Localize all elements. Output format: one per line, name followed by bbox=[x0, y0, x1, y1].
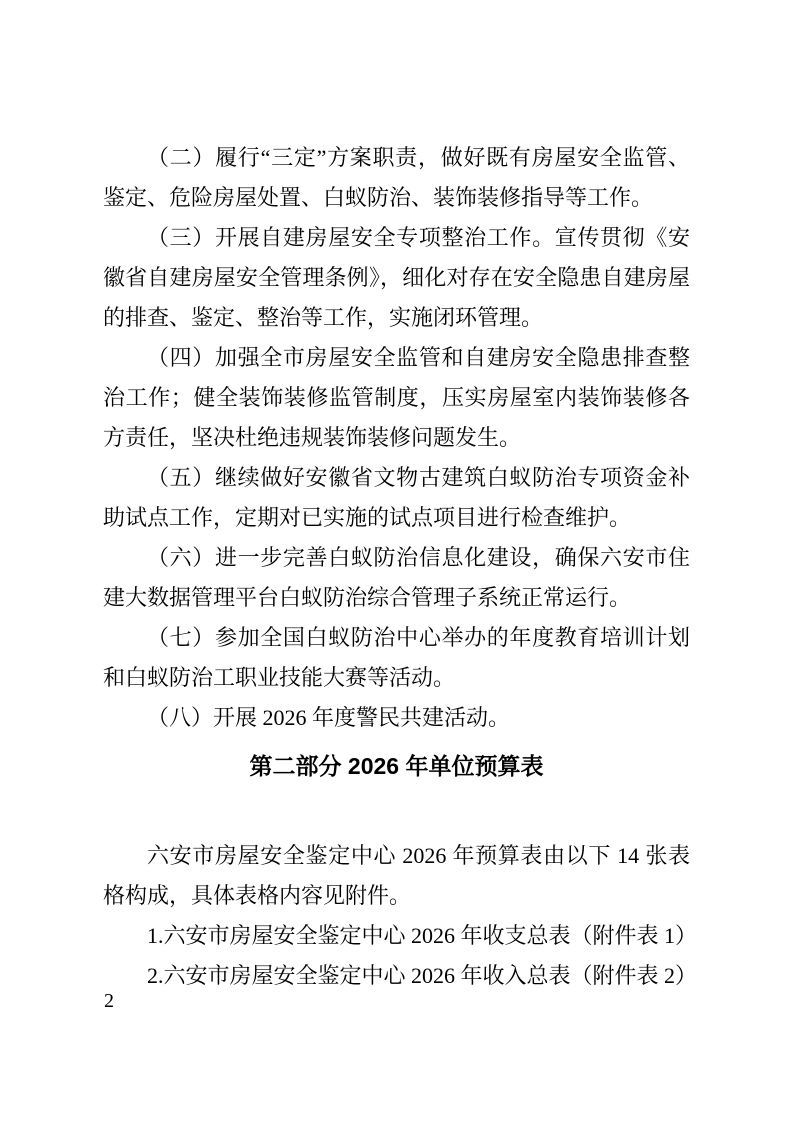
list-item-table-2: 2.六安市房屋安全鉴定中心 2026 年收入总表（附件表 2） bbox=[103, 956, 690, 996]
section-heading: 第二部分 2026 年单位预算表 bbox=[103, 744, 690, 788]
intro-paragraph: 六安市房屋安全鉴定中心 2026 年预算表由以下 14 张表格构成，具体表格内容… bbox=[103, 836, 690, 916]
document-page: （二）履行“三定”方案职责，做好既有房屋安全监管、鉴定、危险房屋处置、白蚁防治、… bbox=[0, 0, 793, 1122]
list-item-table-1: 1.六安市房屋安全鉴定中心 2026 年收支总表（附件表 1） bbox=[103, 916, 690, 956]
page-number: 2 bbox=[104, 988, 114, 1014]
paragraph-item-8: （八）开展 2026 年度警民共建活动。 bbox=[103, 698, 690, 738]
paragraph-item-3: （三）开展自建房屋安全专项整治工作。宣传贯彻《安徽省自建房屋安全管理条例》，细化… bbox=[103, 218, 690, 338]
paragraph-item-6: （六）进一步完善白蚁防治信息化建设，确保六安市住建大数据管理平台白蚁防治综合管理… bbox=[103, 538, 690, 618]
paragraph-item-5: （五）继续做好安徽省文物古建筑白蚁防治专项资金补助试点工作，定期对已实施的试点项… bbox=[103, 458, 690, 538]
paragraph-item-7: （七）参加全国白蚁防治中心举办的年度教育培训计划和白蚁防治工职业技能大赛等活动。 bbox=[103, 618, 690, 698]
paragraph-item-2: （二）履行“三定”方案职责，做好既有房屋安全监管、鉴定、危险房屋处置、白蚁防治、… bbox=[103, 138, 690, 218]
document-body: （二）履行“三定”方案职责，做好既有房屋安全监管、鉴定、危险房屋处置、白蚁防治、… bbox=[103, 138, 690, 996]
paragraph-item-4: （四）加强全市房屋安全监管和自建房安全隐患排查整治工作；健全装饰装修监管制度，压… bbox=[103, 338, 690, 458]
